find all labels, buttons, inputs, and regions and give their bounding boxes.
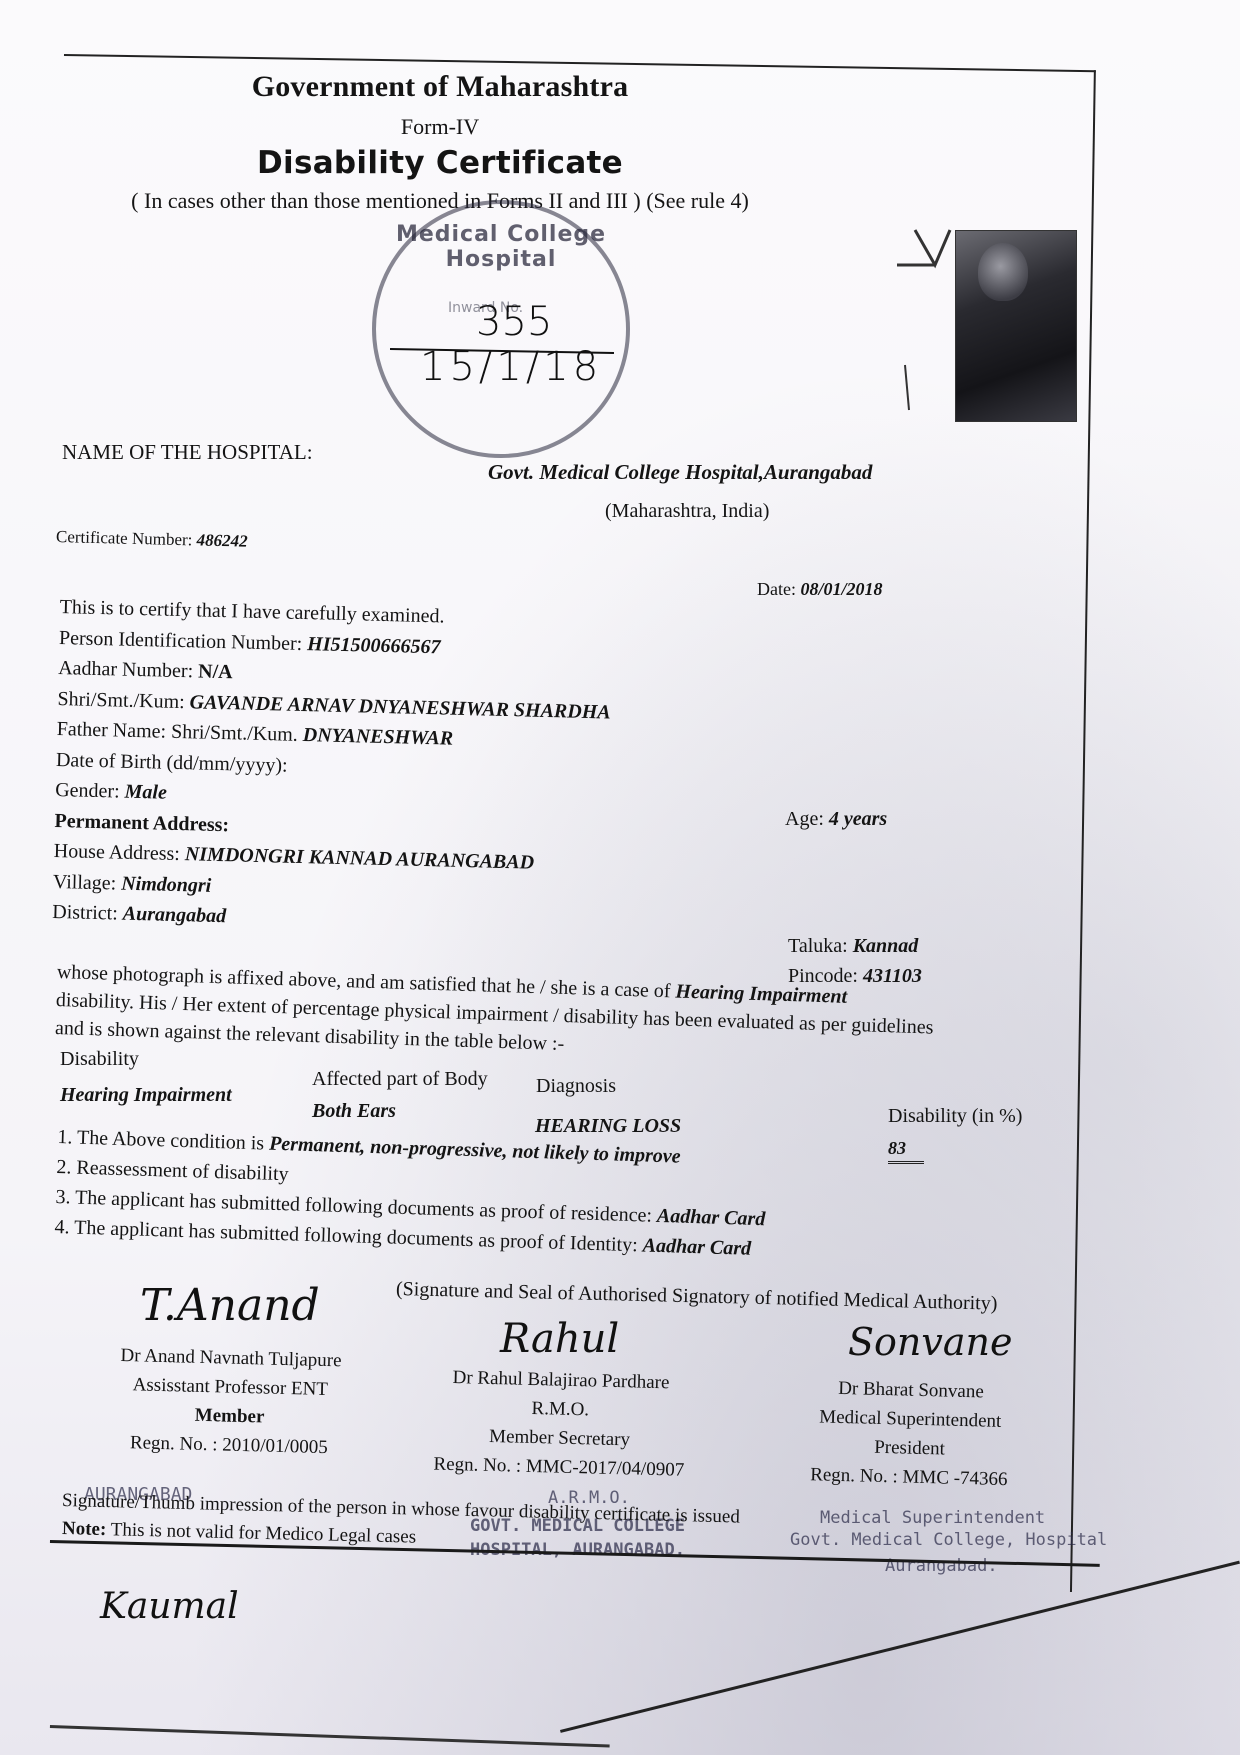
condition-text: 1. The Above condition is: [57, 1126, 264, 1154]
signer-3: Dr Bharat Sonvane Medical Superintendent…: [759, 1372, 1062, 1495]
conditions-list: 1. The Above condition is Permanent, non…: [54, 1122, 768, 1264]
signer-regn: Regn. No. : MMC-2017/04/0907: [409, 1449, 710, 1485]
photo-corner-marks: [895, 225, 955, 415]
house-value: NIMDONGRI KANNAD AURANGABAD: [185, 843, 535, 874]
applicant-signature: Kaumal: [100, 1586, 239, 1627]
age-value: 4 years: [829, 808, 887, 830]
signature-1: T.Anand: [140, 1280, 320, 1331]
table-header-diagnosis: Diagnosis: [536, 1075, 616, 1098]
form-number: Form-IV: [0, 114, 880, 140]
signer-2: Dr Rahul Balajirao Pardhare R.M.O. Membe…: [409, 1362, 712, 1485]
table-header-body-part: Affected part of Body: [312, 1068, 488, 1091]
signature-2: Rahul: [500, 1316, 619, 1362]
table-header-disability: Disability: [60, 1048, 139, 1071]
paper-fold-line: [560, 1561, 1240, 1733]
taluka-label: Taluka:: [788, 935, 848, 957]
pin-value: HI51500666567: [307, 633, 441, 658]
case-type: Hearing Impairment: [675, 980, 847, 1007]
applicant-photo: [955, 230, 1077, 422]
age-label: Age:: [785, 808, 824, 830]
signature-caption: (Signature and Seal of Authorised Signat…: [396, 1278, 998, 1316]
table-cell-disability: Hearing Impairment: [60, 1084, 232, 1107]
certificate-subtitle: ( In cases other than those mentioned in…: [0, 188, 880, 214]
taluka-row: Taluka: Kannad: [788, 935, 918, 958]
photo-face: [978, 243, 1028, 301]
table-header-percent: Disability (in %): [888, 1105, 1022, 1128]
certificate-date-row: Date: 08/01/2018: [757, 579, 883, 600]
gender-label: Gender:: [55, 779, 120, 803]
father-label: Father Name: Shri/Smt./Kum.: [56, 718, 298, 746]
condition-value: Aadhar Card: [657, 1205, 766, 1230]
district-value: Aurangabad: [123, 903, 227, 928]
table-cell-body-part: Both Ears: [312, 1100, 396, 1123]
taluka-value: Kannad: [853, 935, 919, 957]
pin-label: Person Identification Number:: [59, 627, 303, 655]
stamp-inward-number: 355: [476, 299, 552, 345]
ms-seal-line-2: Govt. Medical College, Hospital: [790, 1530, 1107, 1550]
condition-value: Aadhar Card: [642, 1234, 751, 1259]
certificate-date: 08/01/2018: [800, 579, 882, 599]
table-cell-diagnosis: HEARING LOSS: [535, 1115, 681, 1138]
certificate-number-label: Certificate Number:: [56, 527, 193, 549]
district-label: District:: [52, 901, 118, 925]
certificate-title: Disability Certificate: [0, 145, 880, 181]
paper-fold-line: [50, 1725, 610, 1748]
stamp-ring-text: Medical College Hospital: [376, 222, 626, 272]
person-details: This is to certify that I have carefully…: [52, 592, 780, 945]
hospital-location: (Maharashtra, India): [605, 500, 769, 523]
aadhar-label: Aadhar Number:: [58, 657, 193, 682]
hospital-label: NAME OF THE HOSPITAL:: [62, 440, 313, 465]
signer-regn: Regn. No. : 2010/01/0005: [79, 1427, 380, 1463]
name-label: Shri/Smt./Kum:: [57, 688, 185, 713]
condition-text: 2. Reassessment of disability: [56, 1156, 289, 1185]
table-cell-percent: 83: [888, 1138, 924, 1164]
village-label: Village:: [53, 870, 117, 894]
inward-stamp: Medical College Hospital Inward No. 355 …: [372, 200, 630, 458]
signer-1: Dr Anand Navnath Tuljapure Assisstant Pr…: [79, 1340, 382, 1463]
age-row: Age: 4 years: [785, 808, 887, 831]
father-name: DNYANESHWAR: [303, 724, 454, 750]
hospital-name: Govt. Medical College Hospital,Aurangaba…: [488, 460, 872, 485]
aadhar-value: N/A: [198, 660, 233, 683]
disability-certificate: Government of Maharashtra Form-IV Disabi…: [0, 0, 1240, 1755]
government-heading: Government of Maharashtra: [0, 70, 880, 104]
certificate-number-row: Certificate Number: 486242: [56, 527, 248, 552]
note-label: Note:: [62, 1518, 107, 1540]
village-value: Nimdongri: [121, 872, 212, 896]
gender-value: Male: [124, 781, 167, 804]
certificate-number: 486242: [196, 530, 247, 550]
signer-regn: Regn. No. : MMC -74366: [759, 1459, 1060, 1495]
signature-3: Sonvane: [848, 1320, 1012, 1364]
stamp-inward-date: 15/1/18: [420, 344, 602, 390]
certificate-date-label: Date:: [757, 579, 796, 599]
ms-seal-line-1: Medical Superintendent: [820, 1508, 1045, 1528]
dob-label: Date of Birth (dd/mm/yyyy):: [56, 749, 288, 777]
house-label: House Address:: [54, 840, 181, 865]
